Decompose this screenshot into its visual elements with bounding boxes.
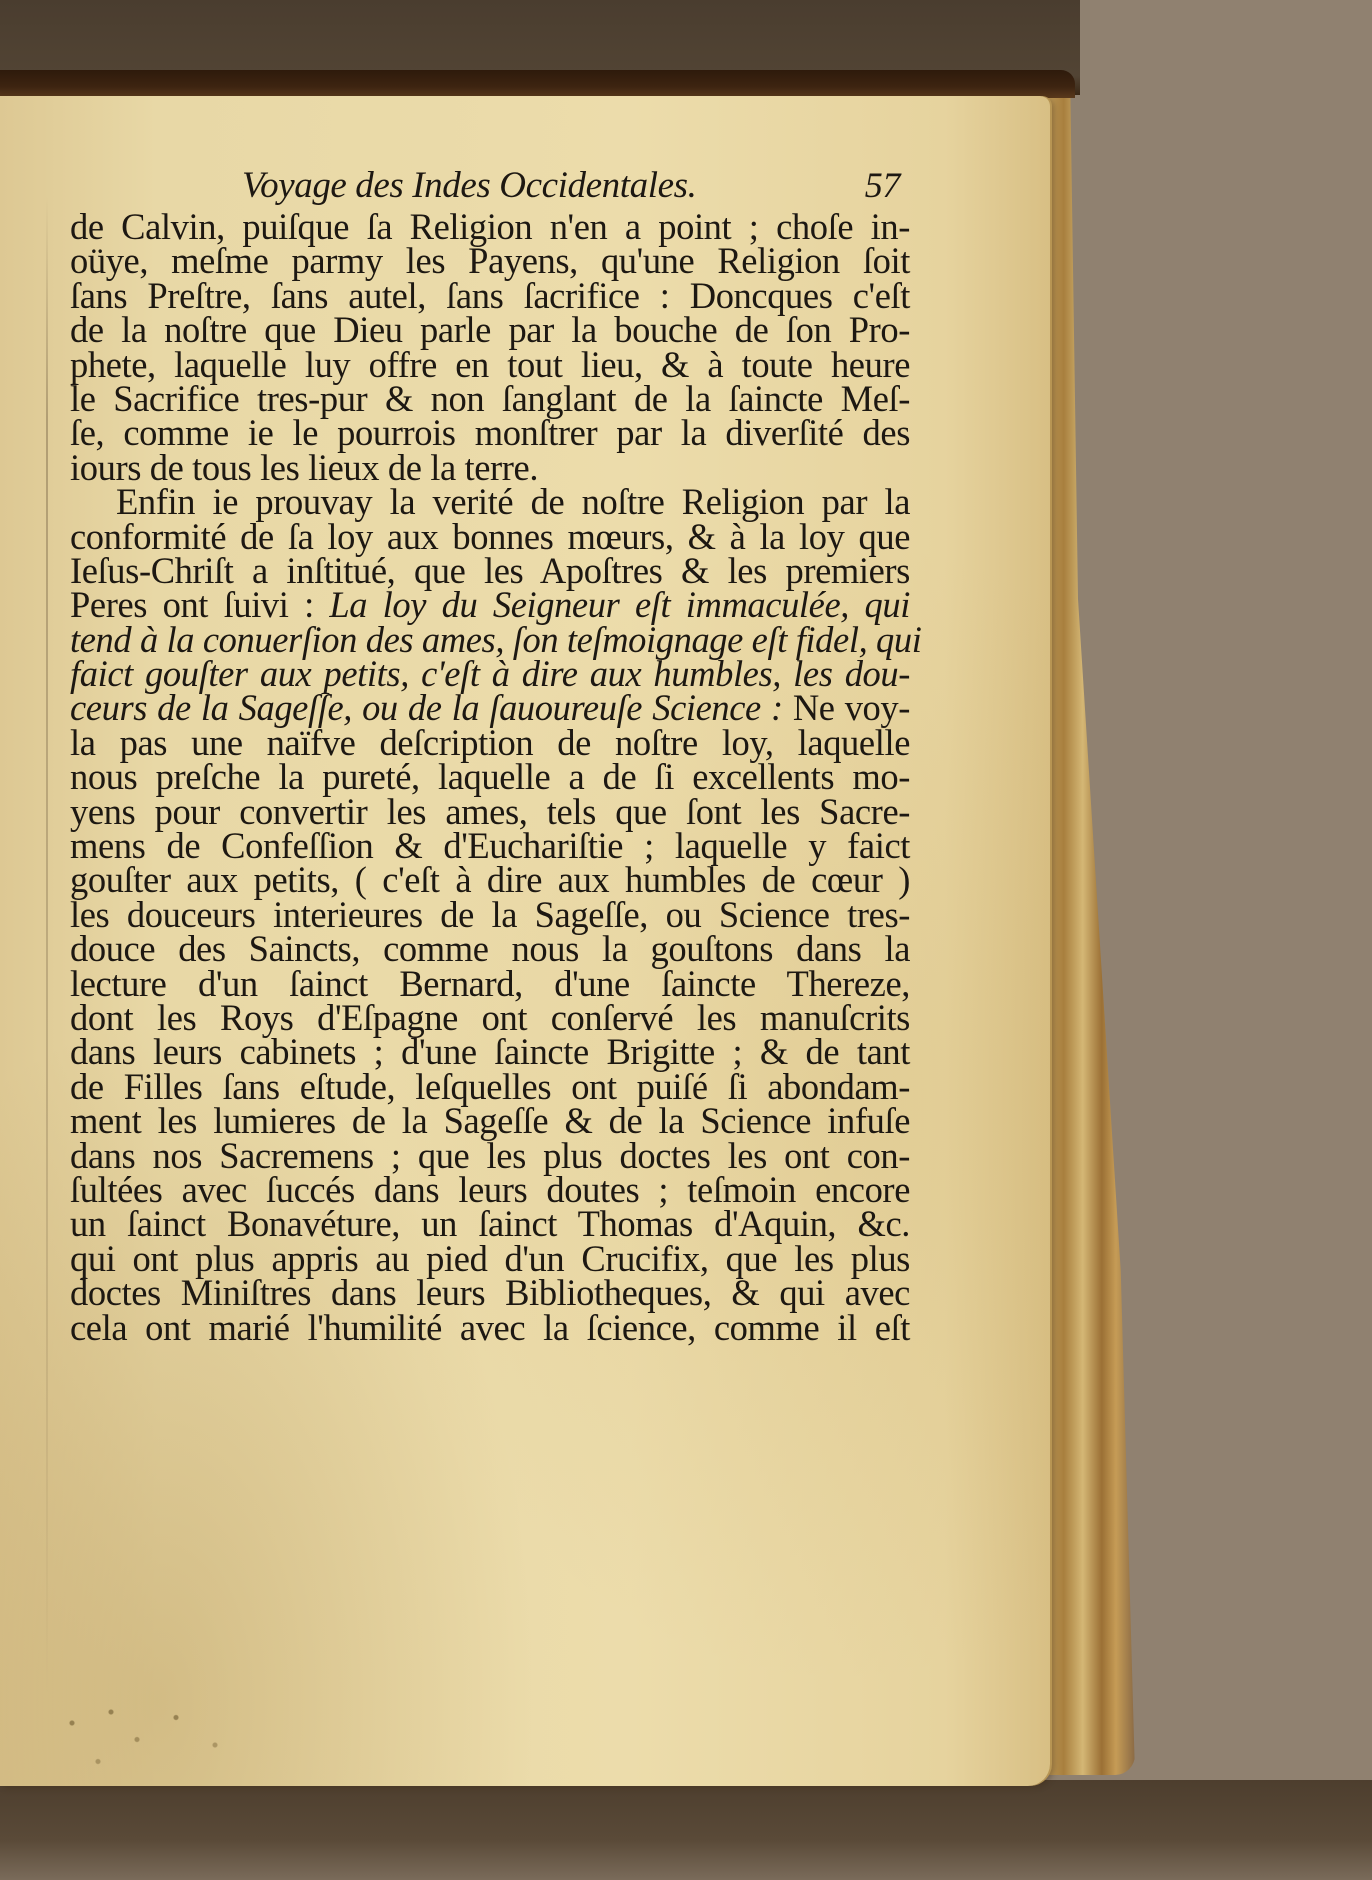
text-line: ment les lumieres de la Sageſſe & de la … [70, 1104, 910, 1138]
text-line: douce des Saincts, comme nous la gouſton… [70, 932, 910, 966]
page-crease [46, 196, 48, 1696]
text-line: qui ont plus appris au pied d'un Crucifi… [70, 1242, 910, 1276]
text-line: ſans Preſtre, ſans autel, ſans ſacrifice… [70, 279, 910, 313]
text-line: dans leurs cabinets ; d'une ſaincte Brig… [70, 1035, 910, 1069]
text-line: dans nos Sacremens ; que les plus doctes… [70, 1139, 910, 1173]
book-cover-edge [0, 70, 1075, 98]
running-head-title: Voyage des Indes Occidentales. [242, 169, 696, 203]
background-surface [1090, 0, 1372, 1880]
text-line: dont les Roys d'Eſpagne ont conſervé les… [70, 1001, 910, 1035]
text-line: Peres ont ſuivi : La loy du Seigneur eſt… [70, 588, 910, 622]
text-line: lecture d'un ſainct Bernard, d'une ſainc… [70, 967, 910, 1001]
scripture-quote-line: faict gouſter aux petits, c'eſt à dire a… [70, 657, 910, 691]
text-line: les douceurs interieures de la Sageſſe, … [70, 898, 910, 932]
paragraph-1: de Calvin, puiſque ſa Religion n'en a po… [70, 210, 910, 485]
text-line: yens pour convertir les ames, tels que ſ… [70, 795, 910, 829]
text-line: mens de Confeſſion & d'Euchariſtie ; laq… [70, 829, 910, 863]
paragraph-2: Enfin ie prouvay la verité de noſtre Rel… [70, 485, 910, 1345]
text-line: phete, laquelle luy offre en tout lieu, … [70, 348, 910, 382]
page-text: Voyage des Indes Occidentales. 57 de Cal… [70, 168, 910, 1345]
text-line: cela ont marié l'humilité avec la ſcienc… [70, 1311, 910, 1345]
text-line: Ieſus-Chriſt a inſtitué, que les Apoſtre… [70, 554, 910, 588]
text-line: Enfin ie prouvay la verité de noſtre Rel… [70, 485, 910, 519]
text-line: de Calvin, puiſque ſa Religion n'en a po… [70, 210, 910, 244]
text-line: doctes Miniſtres dans leurs Bibliotheque… [70, 1276, 910, 1310]
text-line: de Filles ſans eſtude, leſquelles ont pu… [70, 1070, 910, 1104]
page-number: 57 [865, 168, 900, 202]
text-line: ceurs de la Sageſſe, ou de la ſauoureuſe… [70, 691, 910, 725]
scripture-quote-line: tend à la conuerſion des ames, ſon teſmo… [70, 623, 910, 657]
text-line: le Sacrifice tres-pur & non ſanglant de … [70, 382, 910, 416]
text-line: conformité de ſa loy aux bonnes mœurs, &… [70, 520, 910, 554]
text-line: de la noſtre que Dieu parle par la bouch… [70, 313, 910, 347]
text-line: la pas une naïfve deſcription de noſtre … [70, 726, 910, 760]
text-line: gouſter aux petits, ( c'eſt à dire aux h… [70, 863, 910, 897]
text-line: un ſainct Bonavéture, un ſainct Thomas d… [70, 1207, 910, 1241]
text-line: nous preſche la pureté, laquelle a de ſi… [70, 760, 910, 794]
text-line: ſe, comme ie le pourrois monſtrer par la… [70, 416, 910, 450]
text-line: ſultées avec ſuccés dans leurs doutes ; … [70, 1173, 910, 1207]
text-line: oüye, meſme parmy les Payens, qu'une Rel… [70, 244, 910, 278]
running-head: Voyage des Indes Occidentales. 57 [70, 168, 910, 210]
text-line: iours de tous les lieux de la terre. [70, 451, 910, 485]
foxing-specks [20, 1701, 280, 1811]
